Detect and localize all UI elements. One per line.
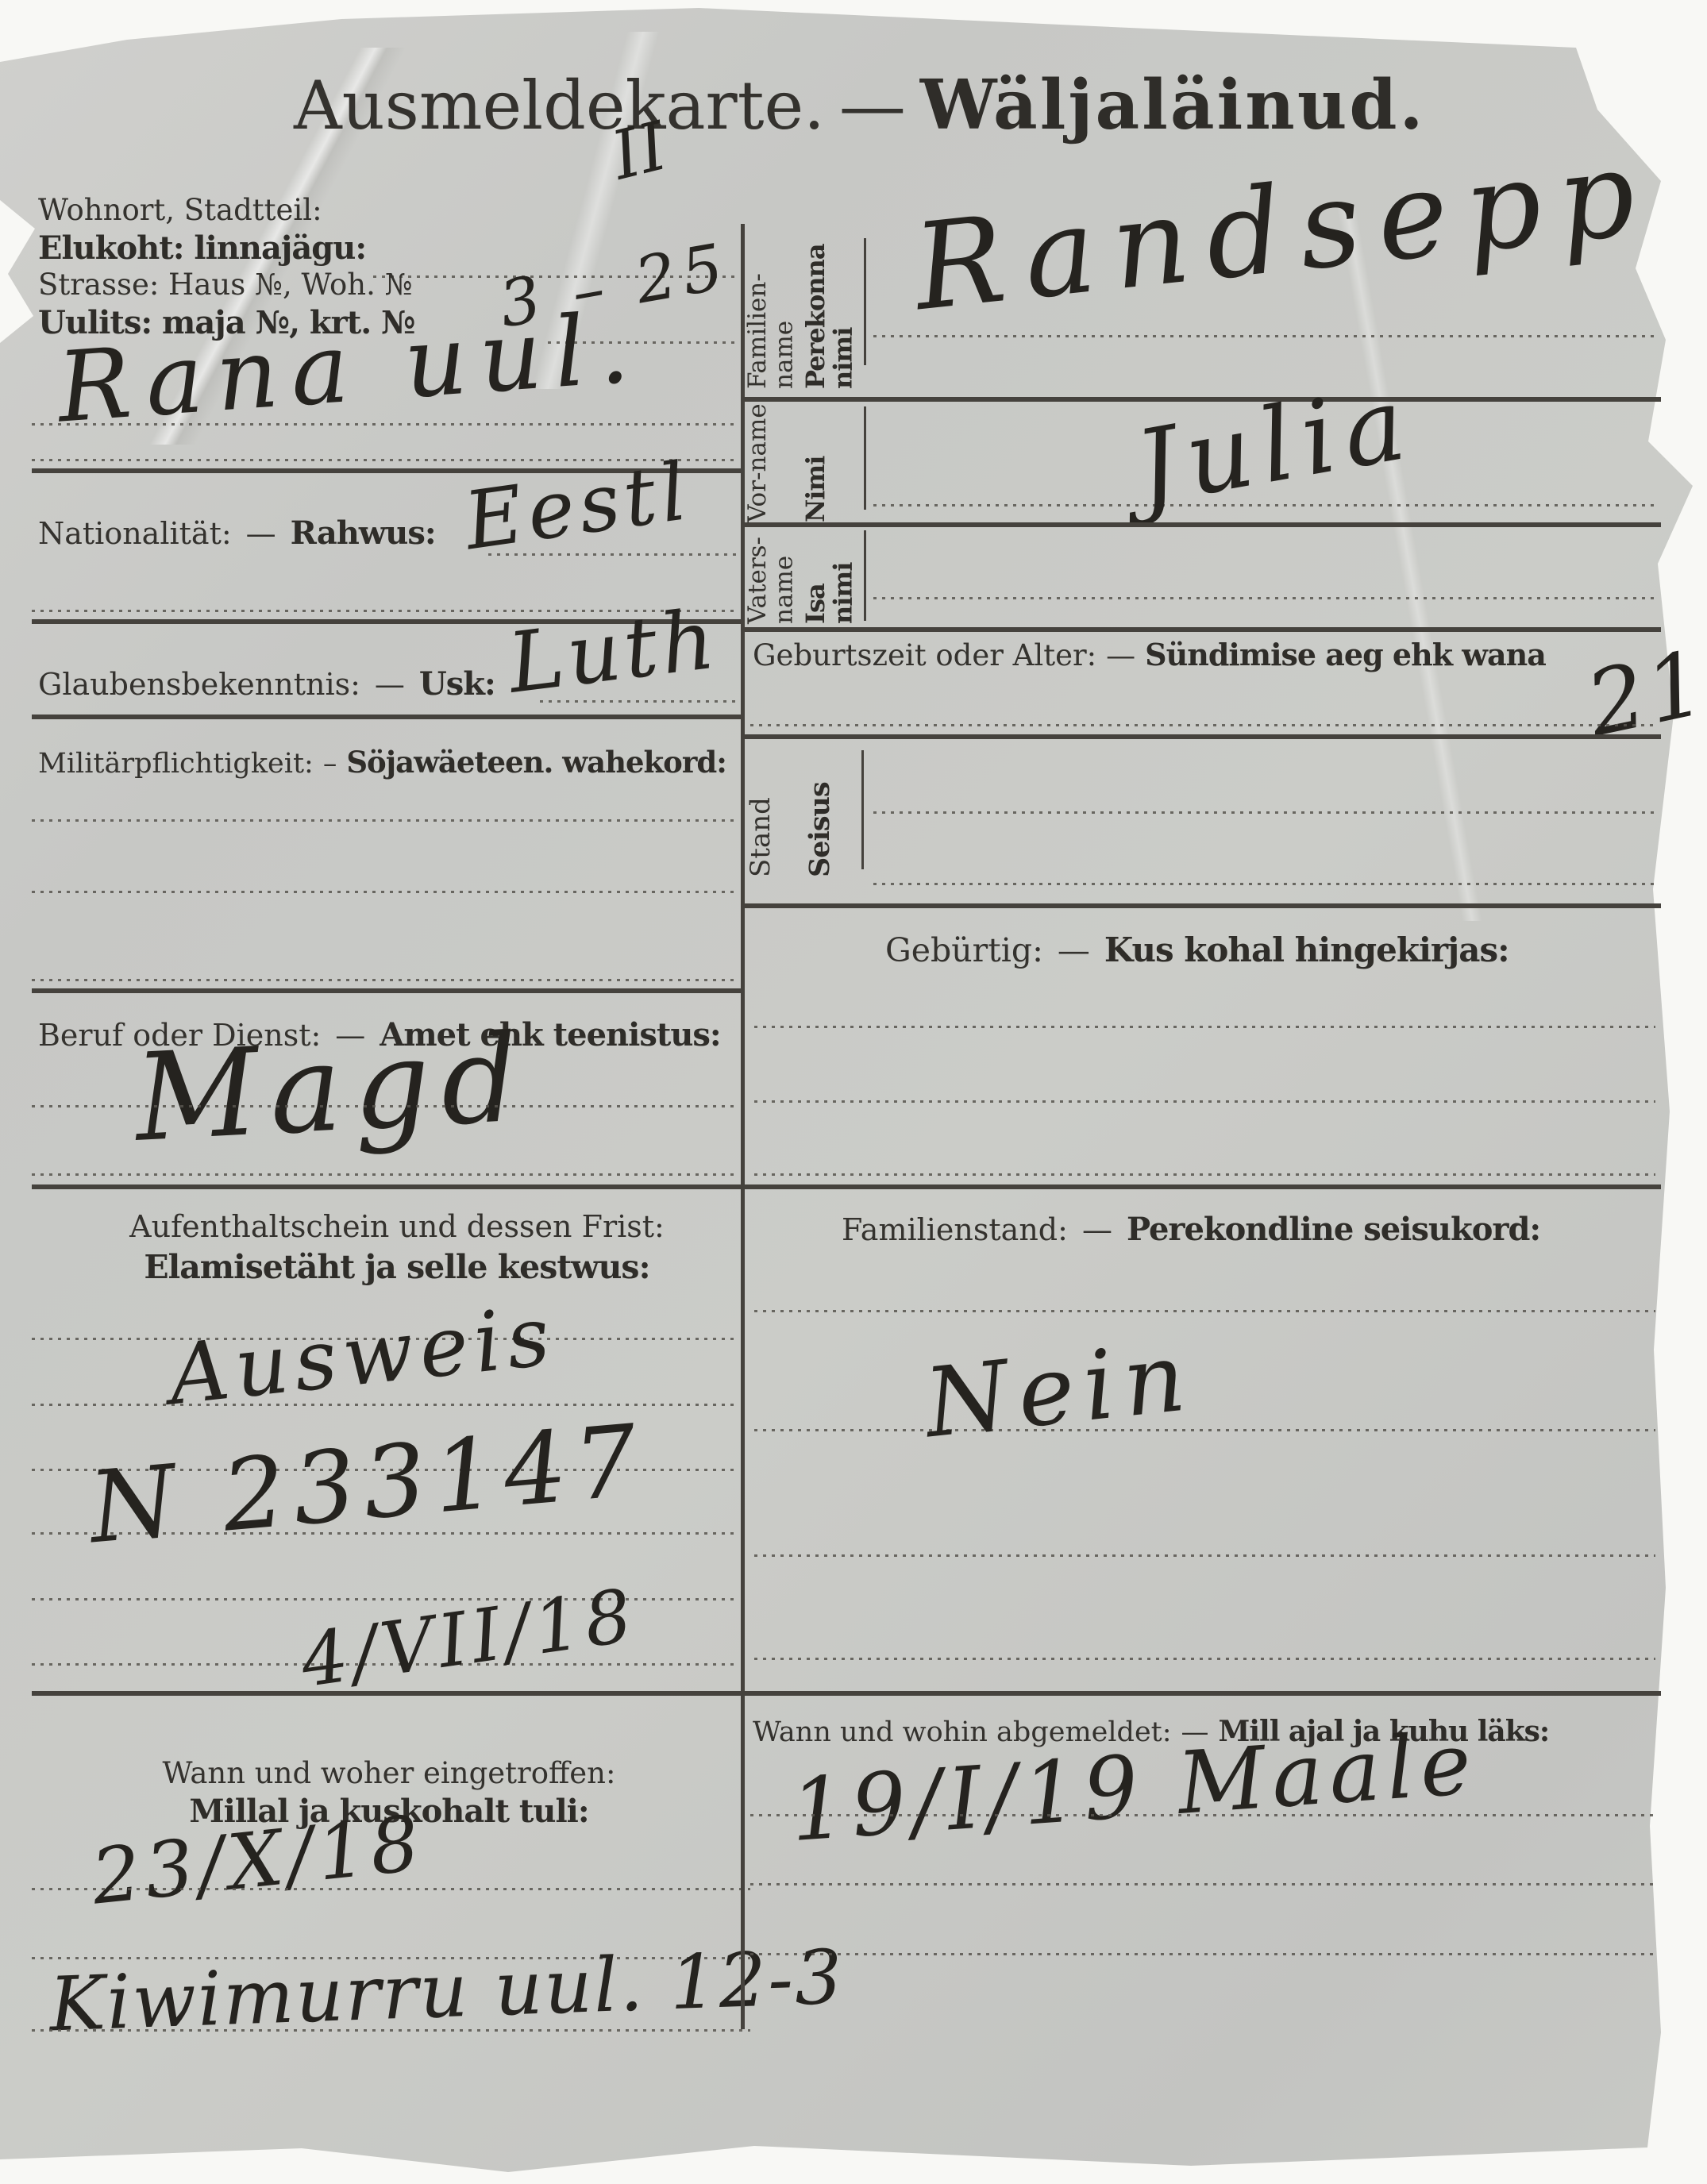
dotted-line — [873, 811, 1655, 814]
dotted-line — [754, 1554, 1655, 1557]
family-status-dash: — — [1082, 1212, 1112, 1247]
military-german: Militärpflichtigkeit: — [38, 748, 314, 780]
title-estonian: Wäljaläinud. — [920, 65, 1426, 145]
handwritten-age: 21 — [1580, 638, 1707, 750]
section-rule — [742, 627, 1661, 632]
dotted-line — [750, 724, 1655, 726]
dotted-line — [754, 1173, 1655, 1176]
field-nationality-label: Nationalität: — Rahwus: — [38, 514, 436, 552]
label-family-name-german: Familien-name — [745, 238, 798, 389]
section-rule — [742, 522, 1661, 527]
label-elukoht: Elukoht: linnajägu: — [38, 229, 366, 267]
dotted-line — [754, 1310, 1655, 1312]
label-father-name-estonian: Isa nimi — [802, 527, 857, 624]
label-rule — [864, 406, 866, 510]
family-status-estonian: Perekondline seisukord: — [1127, 1211, 1540, 1248]
handwritten-occupation: Magd — [132, 1018, 532, 1159]
label-first-name-german: Vor-name — [745, 403, 771, 522]
nationality-german: Nationalität: — [38, 516, 232, 551]
religion-estonian: Usk: — [419, 665, 495, 703]
registered-dash: — — [1058, 931, 1090, 969]
field-birth-label: Geburtszeit oder Alter: — Sündimise aeg … — [753, 637, 1546, 672]
label-first-name-estonian: Nimi — [802, 403, 830, 522]
scanned-document: Ausmeldekarte. — Wäljaläinud. Wohnort, S… — [0, 0, 1707, 2184]
religion-dash: — — [375, 667, 405, 702]
label-status-german: Stand — [746, 754, 776, 877]
dotted-line — [754, 1026, 1655, 1028]
field-registered-label: Gebürtig: — Kus kohal hingekirjas: — [885, 930, 1509, 969]
field-family-status-label: Familienstand: — Perekondline seisukord: — [842, 1211, 1540, 1248]
field-military-label: Militärpflichtigkeit: – Söjawäeteen. wah… — [38, 745, 726, 780]
dotted-line — [32, 1105, 738, 1107]
section-rule — [32, 715, 744, 719]
label-arrival-german: Wann und woher eingetroffen: — [48, 1756, 730, 1790]
label-permit-estonian: Elamisetäht ja selle kestwus: — [48, 1248, 746, 1286]
dotted-line — [754, 1100, 1655, 1103]
military-dash: – — [323, 748, 337, 780]
dotted-line — [873, 883, 1655, 885]
label-father-name-german: Vaters-name — [745, 527, 798, 624]
dotted-line — [540, 700, 738, 703]
dotted-line — [32, 1888, 750, 1890]
nationality-estonian: Rahwus: — [291, 514, 436, 552]
section-rule — [742, 903, 1661, 908]
label-status-estonian: Seisus — [805, 754, 835, 877]
dotted-line — [32, 1173, 738, 1176]
handwritten-family-status: Nein — [921, 1330, 1199, 1453]
card-title: Ausmeldekarte. — Wäljaläinud. — [294, 65, 1425, 145]
dotted-line — [750, 1953, 1655, 1955]
dotted-line — [32, 423, 738, 426]
label-permit-german: Aufenthaltschein und dessen Frist: — [48, 1209, 746, 1244]
handwritten-religion: Luth — [504, 597, 723, 704]
dotted-line — [873, 597, 1655, 599]
dotted-line — [754, 1429, 1655, 1431]
title-german: Ausmeldekarte. — [294, 67, 825, 144]
label-family-name-estonian: Perekonna nimi — [802, 238, 857, 389]
dotted-line — [32, 819, 738, 822]
dotted-line — [32, 2029, 750, 2032]
section-rule — [32, 1691, 1661, 1696]
birth-german: Geburtszeit oder Alter: — [753, 638, 1096, 672]
dotted-line — [488, 553, 738, 556]
dotted-line — [750, 1883, 1655, 1885]
section-rule — [32, 1184, 1661, 1189]
section-rule — [32, 988, 744, 993]
registered-german: Gebürtig: — [885, 931, 1043, 969]
military-estonian: Söjawäeteen. wahekord: — [346, 745, 726, 780]
dotted-line — [873, 335, 1655, 337]
family-status-german: Familienstand: — [842, 1212, 1068, 1247]
dotted-line — [32, 891, 738, 893]
nationality-dash: — — [246, 516, 276, 551]
religion-german: Glaubensbekenntnis: — [38, 667, 360, 702]
label-rule — [864, 238, 866, 365]
dotted-line — [754, 1658, 1655, 1660]
label-wohnort: Wohnort, Stadtteil: — [38, 193, 322, 227]
birth-estonian: Sündimise aeg ehk wana — [1145, 637, 1546, 672]
birth-dash: — — [1106, 638, 1135, 672]
field-religion-label: Glaubensbekenntnis: — Usk: — [38, 665, 495, 703]
dotted-line — [32, 979, 738, 981]
title-dash: — — [839, 67, 906, 144]
section-rule — [742, 734, 1661, 739]
registered-estonian: Kus kohal hingekirjas: — [1104, 930, 1509, 969]
label-strasse: Strasse: Haus №, Woh. № — [38, 268, 413, 302]
dotted-line — [750, 1814, 1655, 1816]
label-rule — [864, 530, 866, 621]
label-rule — [861, 750, 864, 869]
